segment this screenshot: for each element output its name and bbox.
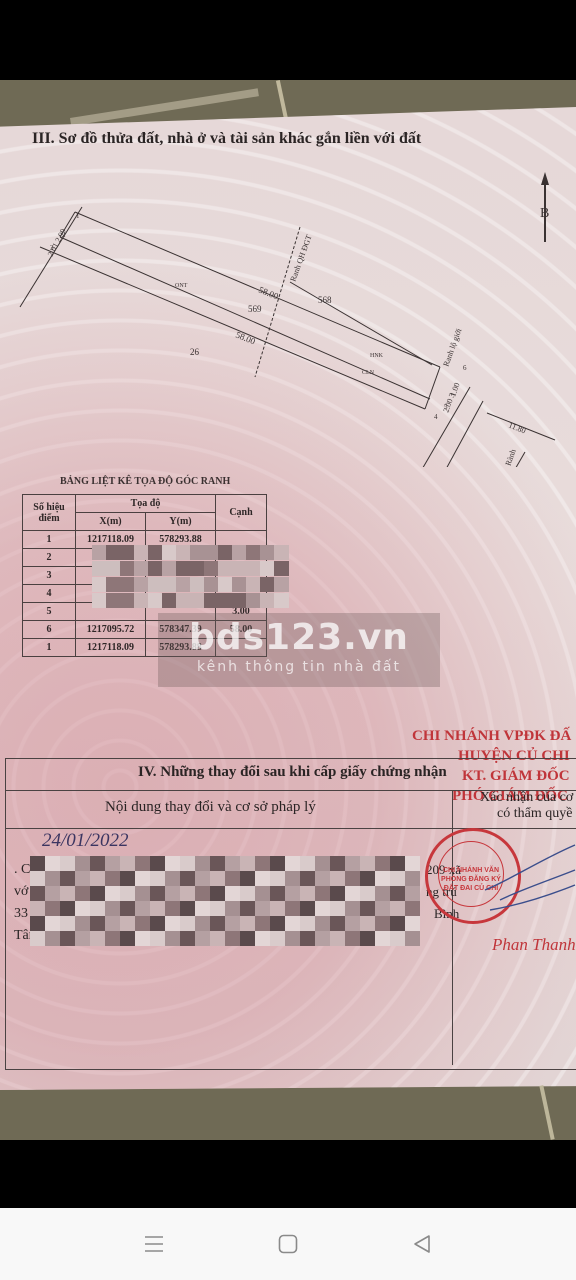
land-plot-diagram: B ONT 569 568 26 HNK CLN 58.00 58.00 2.0… xyxy=(0,107,576,467)
header-y: Y(m) xyxy=(146,513,216,531)
svg-text:3: 3 xyxy=(50,244,54,252)
back-button[interactable] xyxy=(410,1232,434,1256)
cell-point: 1 xyxy=(23,639,76,657)
triangle-back-icon xyxy=(412,1234,432,1254)
svg-text:1: 1 xyxy=(76,212,80,220)
watermark: bds123.vn kênh thông tin nhà đất xyxy=(158,613,440,687)
col-confirm-header-1: Xác nhận của cơ xyxy=(480,790,573,806)
header-coords: Tọa độ xyxy=(76,495,216,513)
header-point: Số hiệu điểm xyxy=(23,495,76,531)
entry-text: . C xyxy=(14,862,30,878)
svg-text:6: 6 xyxy=(463,364,467,372)
signature-stroke xyxy=(480,840,576,920)
col-confirm-header-2: có thẩm quyề xyxy=(497,806,572,822)
header-edge: Cạnh xyxy=(216,495,267,531)
redacted-area xyxy=(92,545,288,609)
home-button[interactable] xyxy=(276,1232,300,1256)
svg-text:2: 2 xyxy=(62,231,66,239)
cell-x: 1217095.72 xyxy=(76,621,146,639)
svg-text:26: 26 xyxy=(190,347,200,357)
svg-text:Ranh lộ giới: Ranh lộ giới xyxy=(441,326,463,367)
cell-point: 4 xyxy=(23,585,76,603)
cell-point: 2 xyxy=(23,549,76,567)
svg-text:CLN: CLN xyxy=(362,370,375,376)
north-label: B xyxy=(540,206,549,221)
coord-table-title: BẢNG LIỆT KÊ TỌA ĐỘ GÓC RANH xyxy=(60,476,230,487)
header-x: X(m) xyxy=(76,513,146,531)
svg-text:58.00: 58.00 xyxy=(257,285,280,302)
menu-lines-icon xyxy=(144,1234,164,1254)
entry-date: 24/01/2022 xyxy=(42,830,129,852)
table-divider xyxy=(5,828,576,829)
svg-text:58.00: 58.00 xyxy=(234,330,257,347)
letterbox xyxy=(0,1140,576,1208)
svg-text:HNK: HNK xyxy=(370,353,384,359)
col-content-header: Nội dung thay đổi và cơ sở pháp lý xyxy=(105,799,316,816)
svg-text:Đường Nguyễn Thị Rành: Đường Nguyễn Thị Rành xyxy=(481,448,517,467)
cell-point: 3 xyxy=(23,567,76,585)
svg-text:ONT: ONT xyxy=(175,283,188,289)
svg-text:Ranh QH ĐGT: Ranh QH ĐGT xyxy=(288,234,313,283)
svg-text:11.80: 11.80 xyxy=(507,421,527,436)
watermark-tagline: kênh thông tin nhà đất xyxy=(158,659,440,675)
status-area xyxy=(0,0,576,80)
recent-apps-button[interactable] xyxy=(142,1232,166,1256)
signer-name: Phan Thanh xyxy=(492,935,576,955)
redacted-area xyxy=(30,856,420,946)
section4-title: IV. Những thay đổi sau khi cấp giấy chứn… xyxy=(138,764,447,781)
svg-text:4: 4 xyxy=(434,413,438,421)
svg-text:5: 5 xyxy=(444,403,448,411)
navigation-bar xyxy=(0,1208,576,1280)
svg-text:568: 568 xyxy=(318,295,332,305)
cell-point: 1 xyxy=(23,531,76,549)
cell-point: 5 xyxy=(23,603,76,621)
square-home-icon xyxy=(278,1234,298,1254)
entry-text: 33 xyxy=(14,906,28,922)
cell-point: 6 xyxy=(23,621,76,639)
svg-text:569: 569 xyxy=(248,304,262,314)
watermark-logo: bds123.vn xyxy=(158,617,440,658)
cell-x: 1217118.09 xyxy=(76,639,146,657)
stamp-line-1: CHI NHÁNH VPĐK ĐẤ xyxy=(412,728,571,745)
entry-text: vớ xyxy=(14,884,28,900)
